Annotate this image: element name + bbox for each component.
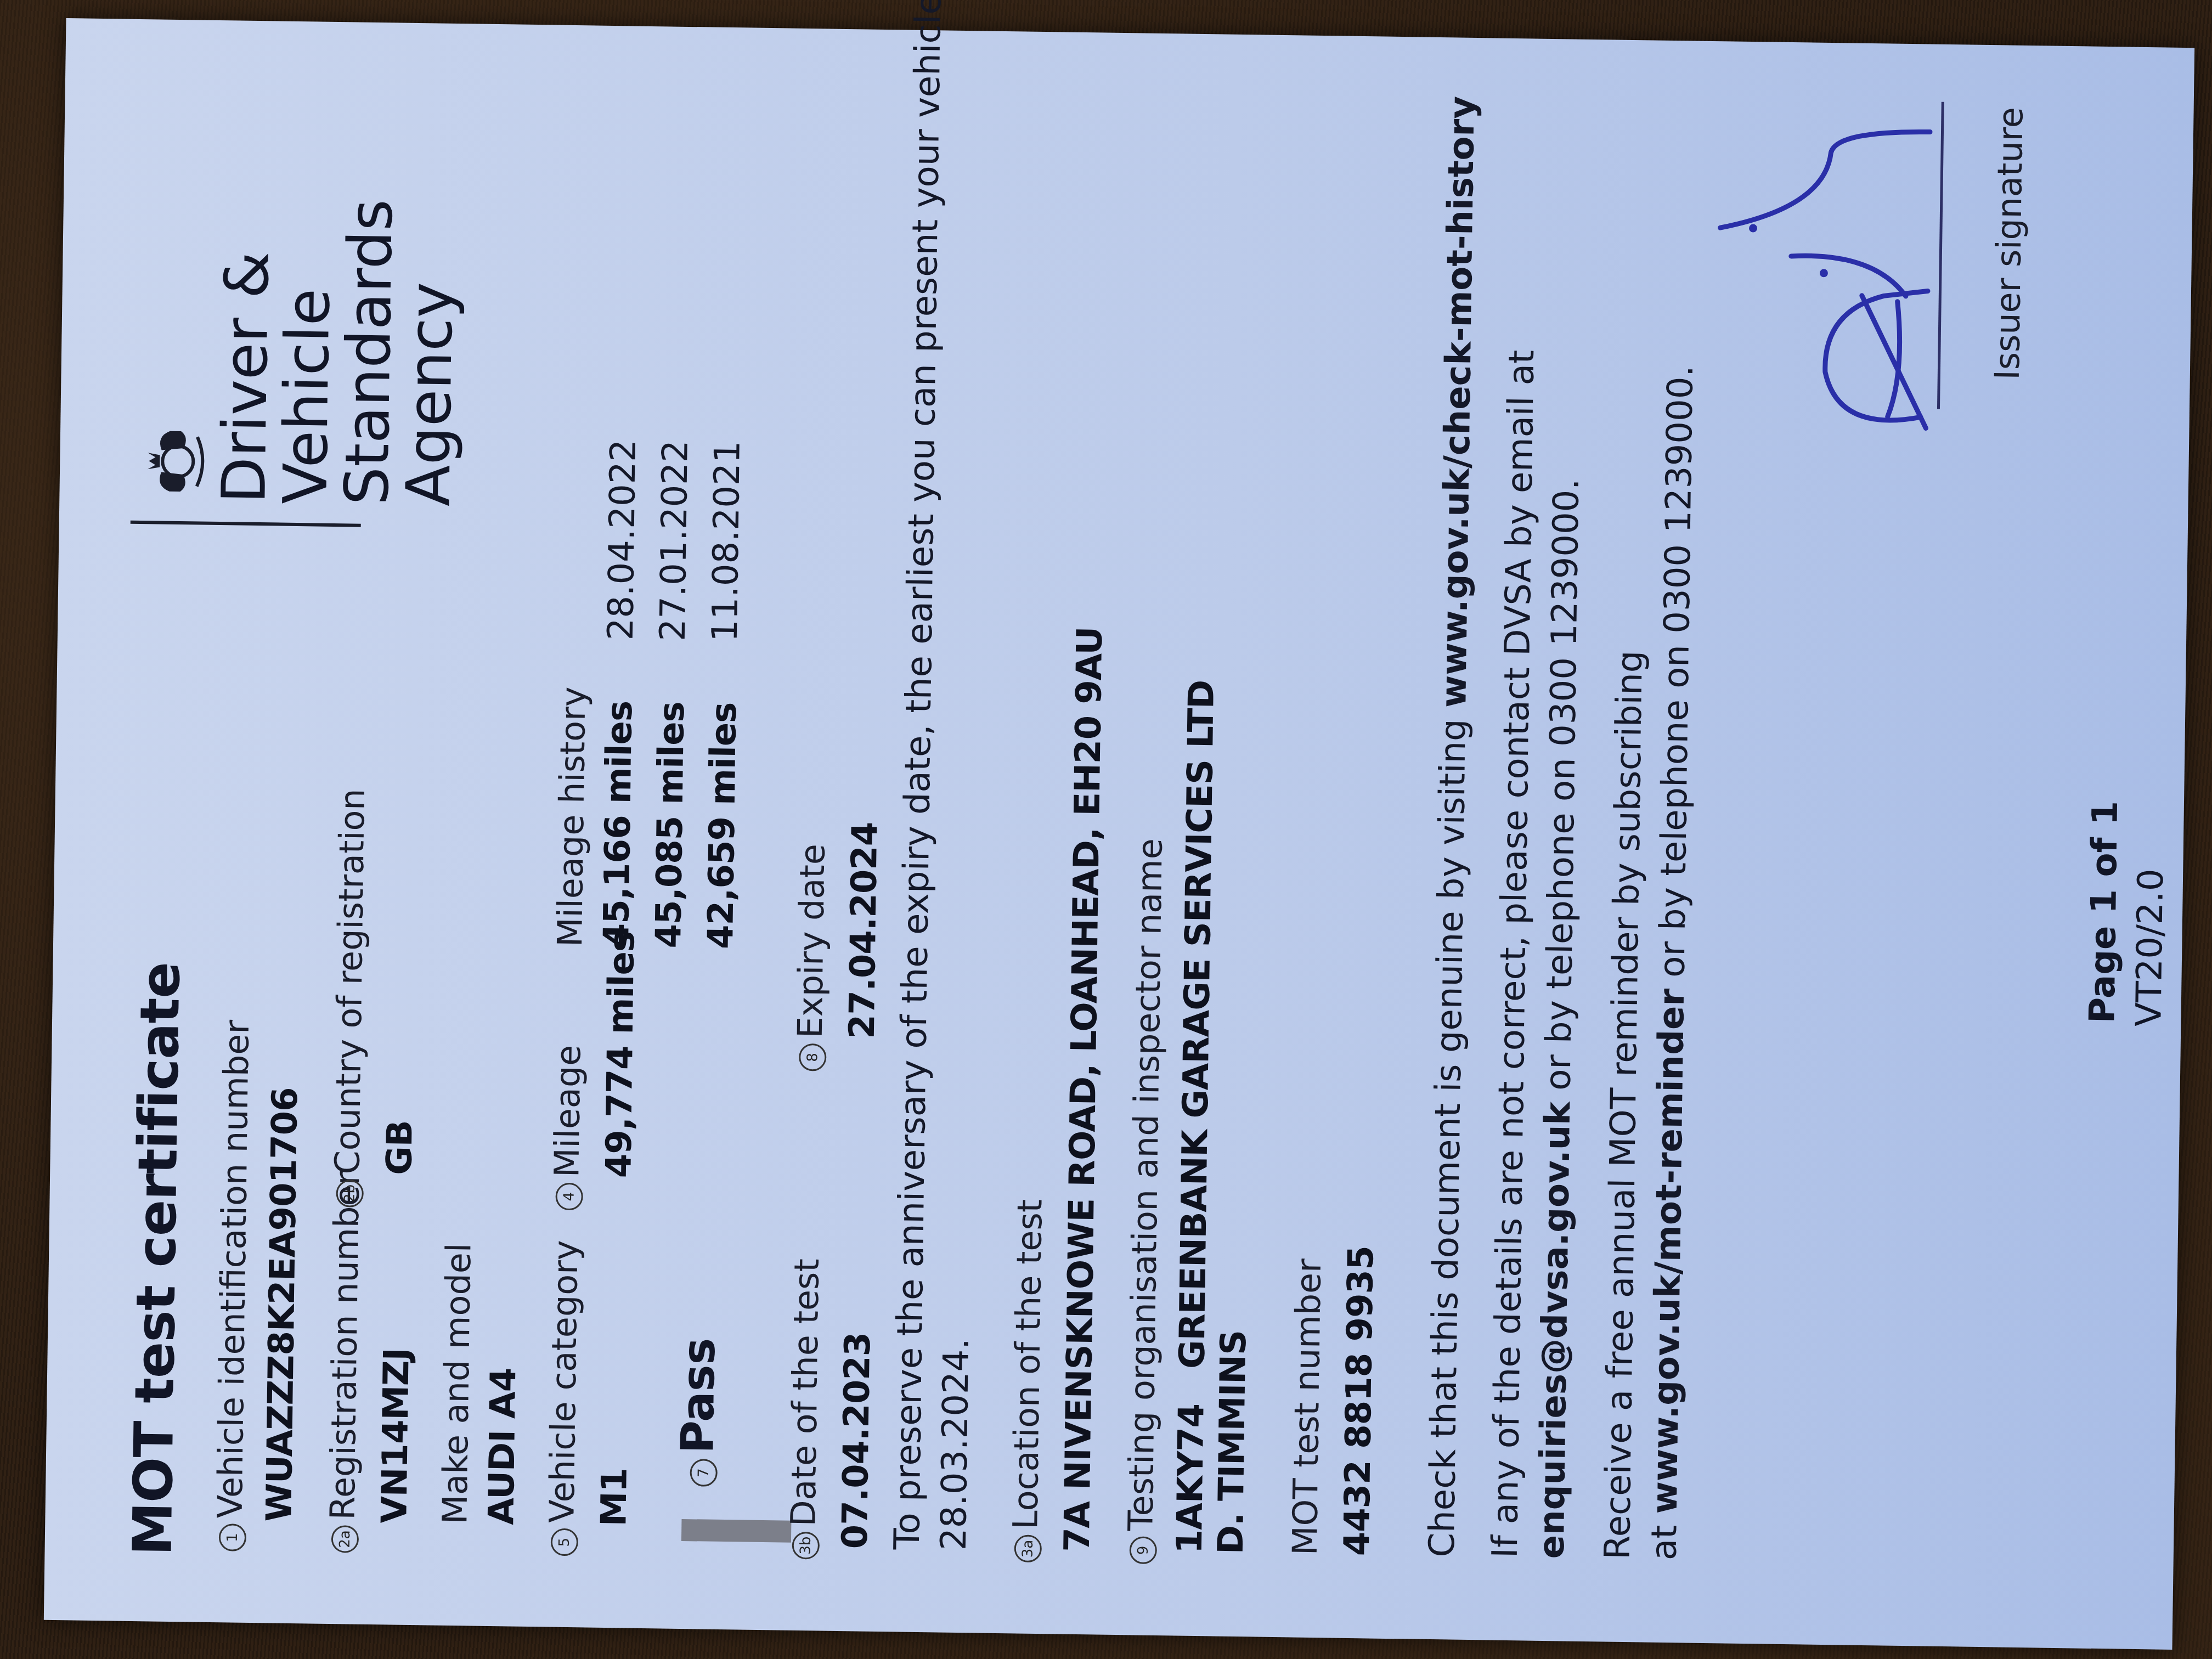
field-marker: 2a [331,1525,359,1553]
logo-divider [131,521,361,527]
country-value: GB [379,1120,420,1175]
mileage-history-label: Mileage history [550,686,594,947]
field-marker: 1 [219,1523,247,1551]
anniversary-note: To preserve the anniversary of the expir… [887,0,952,1550]
test-number-value: 4432 8818 9935 [1337,1246,1382,1556]
field-marker: 8 [799,1043,827,1071]
tester-org-code: 1AKY74 [1170,1403,1212,1554]
test-date-label: 3bDate of the test [782,1259,827,1560]
tester-label: 9Testing organisation and inspector name [1120,838,1170,1565]
issuer-signature-handwriting [1706,96,1947,439]
location-value: 7A NIVENSKNOWE ROAD, LOANHEAD, EH20 9AU [1057,627,1111,1552]
country-label: 2bCountry of registration [326,788,373,1207]
anniversary-date: 28.03.2024. [934,1338,977,1551]
field-marker: 3a [1014,1534,1042,1562]
field-marker: 7 [690,1459,718,1487]
reminder-link-line: at www.gov.uk/mot-reminder or by telepho… [1644,365,1701,1561]
field-marker: 3b [792,1532,820,1560]
location-label: 3aLocation of the test [1005,1199,1049,1562]
registration-label: 2aRegistration number [322,1171,368,1553]
page-number: Page 1 of 1 [2082,800,2126,1023]
expiry-date-label: 8Expiry date [789,844,833,1071]
vin-value: WUAZZZ8K2EA901706 [259,1087,306,1522]
royal-coat-of-arms-icon [136,420,208,503]
result-value: Pass [672,1338,725,1454]
issuer-signature-label: Issuer signature [1987,106,2031,380]
genuine-check-note: Check that this document is genuine by v… [1422,96,1483,1558]
contact-email-line: enquiries@dvsa.gov.uk or by telephone on… [1532,478,1587,1559]
check-mot-history-link[interactable]: www.gov.uk/check-mot-history [1434,96,1483,708]
agency-name-line: Driver & Vehicle [213,20,342,505]
field-marker: 9 [1129,1536,1157,1564]
test-date-value: 07.04.2023 [835,1332,879,1549]
certificate-title: MOT test certificate [121,962,192,1556]
field-marker: 4 [555,1183,583,1211]
registration-value: VN14MZJ [374,1348,417,1523]
vehicle-category-label: 5Vehicle category [541,1240,586,1556]
agency-name-line: Agency [397,23,465,506]
mileage-history-row: 45,085 miles27.01.2022 [648,440,708,949]
form-code: VT20/2.0 [2129,868,2171,1027]
vehicle-category-value: M1 [594,1468,635,1527]
field-marker: 5 [551,1528,579,1556]
mileage-label: 4Mileage [546,1045,588,1211]
mileage-history-table: 45,166 miles28.04.2022 45,085 miles27.01… [596,439,760,949]
tester-org-name: GREENBANK GARAGE SERVICES LTD [1172,680,1222,1369]
make-model-label: Make and model [435,1243,478,1524]
reminder-note: Receive a free annual MOT reminder by su… [1598,650,1651,1560]
test-number-label: MOT test number [1285,1259,1329,1556]
expiry-date-value: 27.04.2024 [842,822,886,1039]
mileage-history-row: 45,166 miles28.04.2022 [596,439,656,948]
field-marker: 2b [336,1180,364,1207]
inspector-name: D. TIMMINS [1211,1330,1255,1554]
test-result: 7Pass [671,1338,725,1487]
vin-label: 1Vehicle identification number [210,1019,257,1551]
make-model-value: AUDI A4 [481,1368,524,1525]
mileage-value: 49,774 miles [599,932,642,1178]
mileage-history-row: 42,659 miles11.08.2021 [701,441,760,950]
mot-certificate-page: MOT test certificate Driver & Vehicle St… [44,18,2194,1650]
contact-email-link[interactable]: enquiries@dvsa.gov.uk [1532,1102,1579,1559]
agency-name: Driver & Vehicle Standards Agency [213,20,465,506]
mot-reminder-link[interactable]: www.gov.uk/mot-reminder [1645,988,1692,1514]
result-indicator-bar [681,1519,792,1543]
